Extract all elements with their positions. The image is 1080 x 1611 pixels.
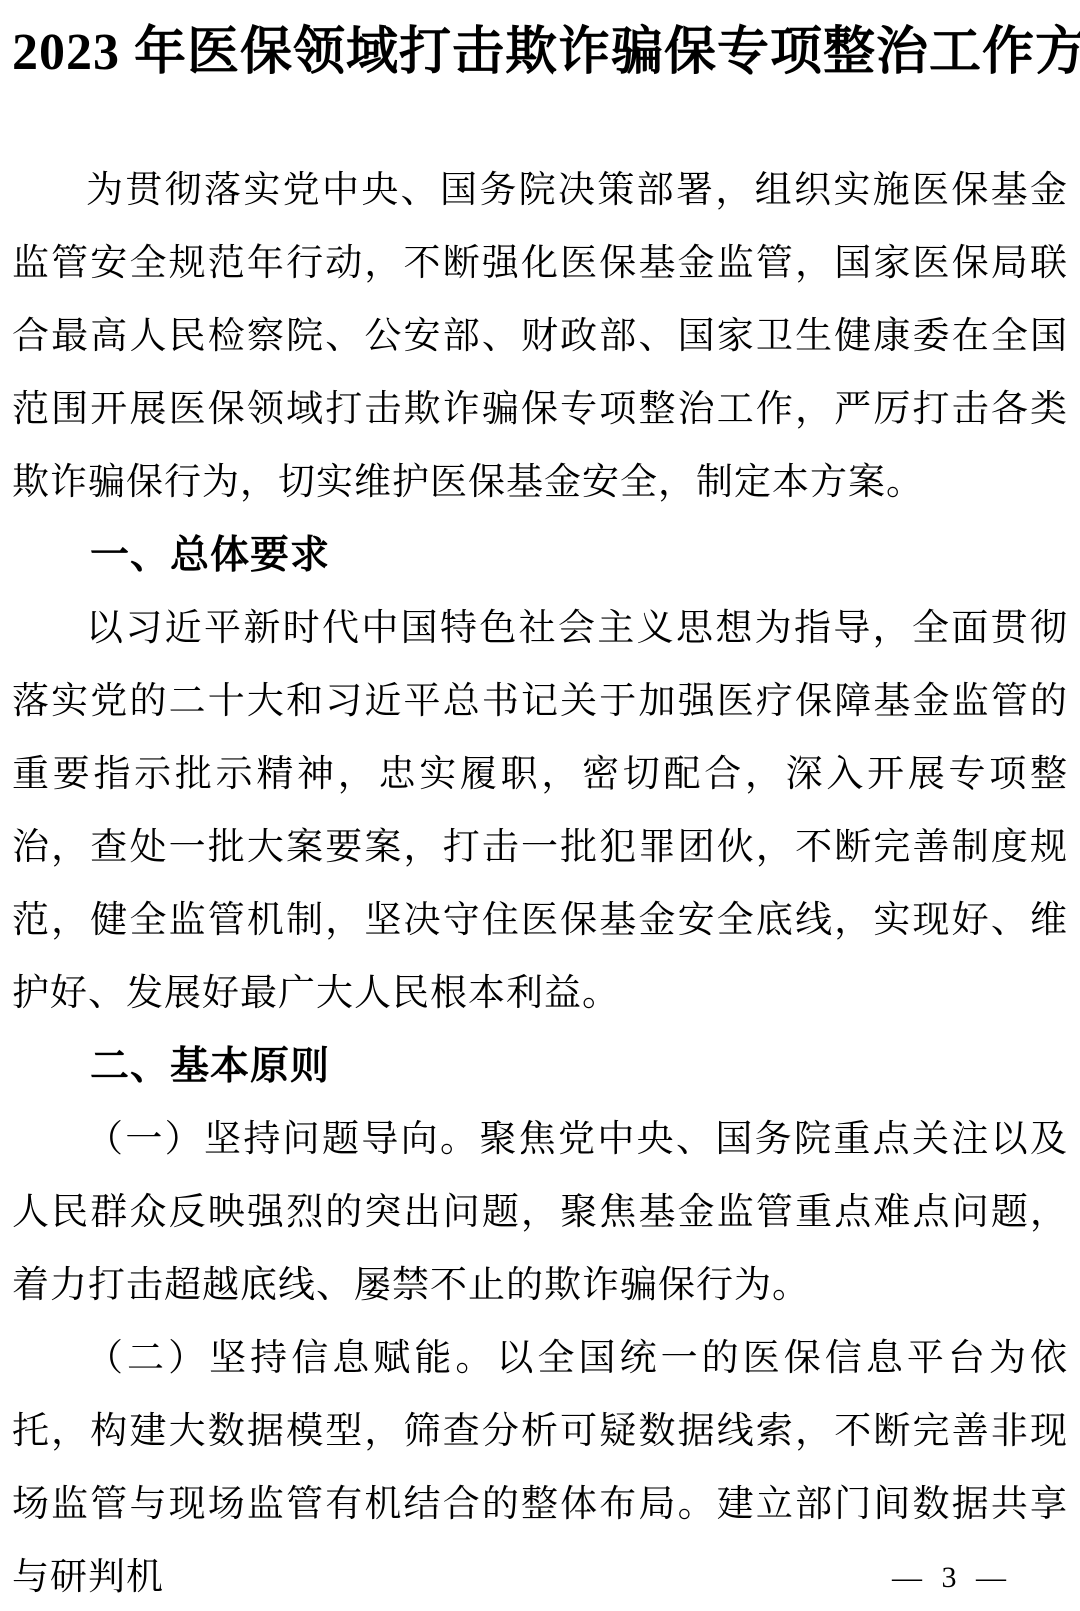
paragraph-overall-requirements: 以习近平新时代中国特色社会主义思想为指导，全面贯彻落实党的二十大和习近平总书记关… (12, 592, 1068, 1030)
section-heading-overall-requirements: 一、总体要求 (12, 519, 1068, 592)
paragraph-principle-1: （一）坚持问题导向。聚焦党中央、国务院重点关注以及人民群众反映强烈的突出问题，聚… (12, 1103, 1068, 1322)
section-heading-basic-principles: 二、基本原则 (12, 1030, 1068, 1103)
paragraph-intro: 为贯彻落实党中央、国务院决策部署，组织实施医保基金监管安全规范年行动，不断强化医… (12, 154, 1068, 519)
document-page: 2023 年医保领域打击欺诈骗保专项整治工作方案 为贯彻落实党中央、国务院决策部… (0, 0, 1080, 1611)
page-number: — 3 — (892, 1561, 1012, 1595)
document-title: 2023 年医保领域打击欺诈骗保专项整治工作方案 (12, 10, 1068, 96)
